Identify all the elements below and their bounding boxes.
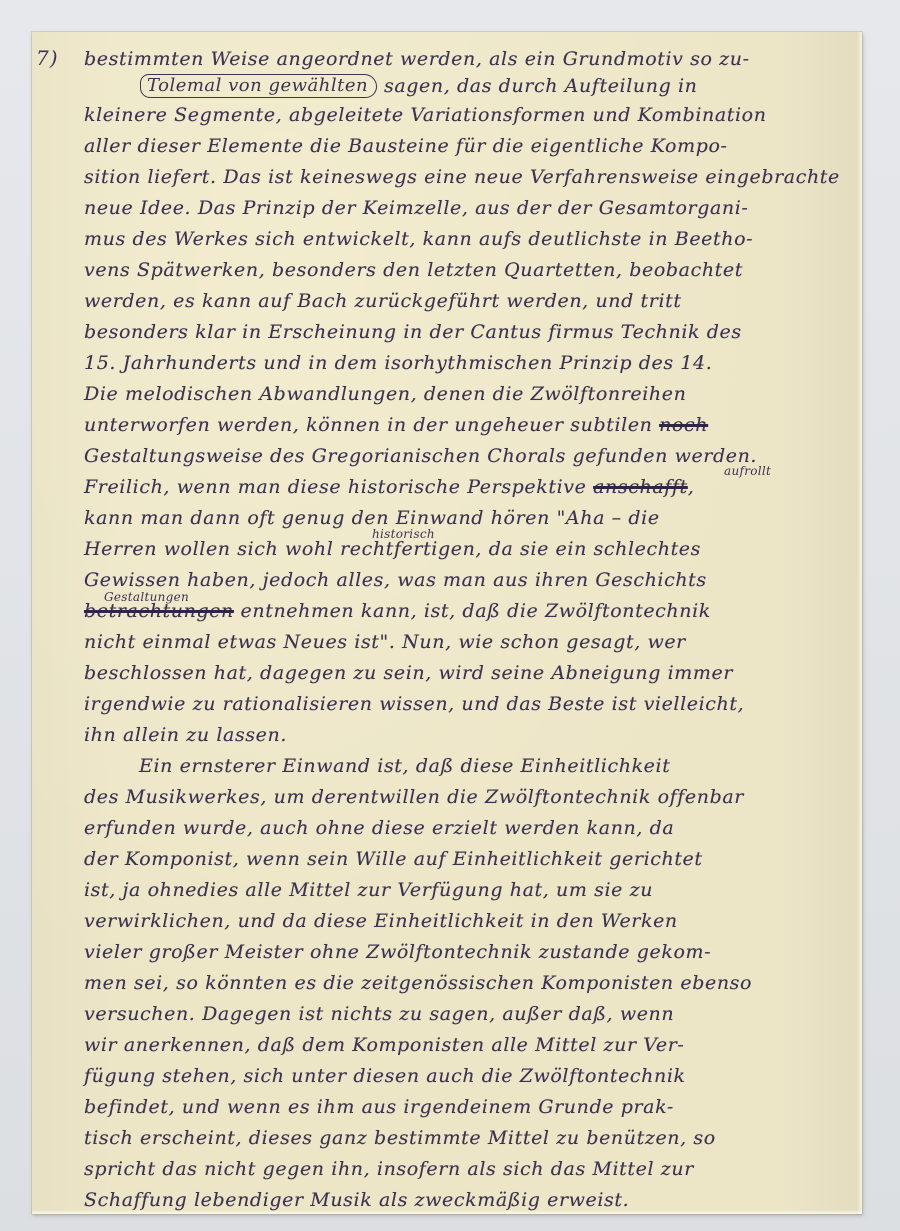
text-line-31-content: men sei, so könnten es die zeitgenössisc… xyxy=(84,972,752,994)
struck-word: anschafft xyxy=(593,476,688,498)
text-line-5-content: sition liefert. Das ist keineswegs eine … xyxy=(84,166,840,188)
text-line-2-content: sagen, das durch Aufteilung in xyxy=(384,75,698,97)
text-line-20: nicht einmal etwas Neues ist". Nun, wie … xyxy=(84,631,686,653)
text-line-29-content: verwirklichen, und da diese Einheitlichk… xyxy=(84,910,678,932)
text-line-3-content: kleinere Segmente, abgeleitete Variation… xyxy=(84,104,767,126)
text-line-17: Herren wollen sich wohl rechtfertigen, d… xyxy=(84,538,701,560)
text-line-12-content: Die melodischen Abwandlungen, denen die … xyxy=(84,383,686,405)
comma: , xyxy=(688,476,695,498)
text-line-36-content: tisch erscheint, dieses ganz bestimmte M… xyxy=(84,1127,716,1149)
text-line-35: befindet, und wenn es ihm aus irgendeine… xyxy=(84,1096,674,1118)
text-line-4-content: aller dieser Elemente die Bausteine für … xyxy=(84,135,728,157)
text-line-37-content: spricht das nicht gegen ihn, insofern al… xyxy=(84,1158,694,1180)
page-number: 7) xyxy=(36,46,59,70)
text-line-22: irgendwie zu rationalisieren wissen, und… xyxy=(84,693,744,715)
text-line-4: aller dieser Elemente die Bausteine für … xyxy=(84,135,728,157)
text-line-21: beschlossen hat, dagegen zu sein, wird s… xyxy=(84,662,733,684)
text-line-29: verwirklichen, und da diese Einheitlichk… xyxy=(84,910,678,932)
text-line-22-content: irgendwie zu rationalisieren wissen, und… xyxy=(84,693,744,715)
text-line-18-content: Gewissen haben, jedoch alles, was man au… xyxy=(84,569,707,591)
text-line-9: werden, es kann auf Bach zurückgeführt w… xyxy=(84,290,682,312)
text-line-25: des Musikwerkes, um derentwillen die Zwö… xyxy=(84,786,744,808)
text-line-10: besonders klar in Erscheinung in der Can… xyxy=(84,321,742,343)
text-line-9-content: werden, es kann auf Bach zurückgeführt w… xyxy=(84,290,682,312)
text-line-16-content: kann man dann oft genug den Einwand höre… xyxy=(84,507,660,529)
text-line-16: kann man dann oft genug den Einwand höre… xyxy=(84,507,660,529)
text-line-13-content: unterworfen werden, können in der ungehe… xyxy=(84,414,659,436)
text-line-21-content: beschlossen hat, dagegen zu sein, wird s… xyxy=(84,662,733,684)
paper-edge-right xyxy=(857,32,862,1214)
text-line-1: bestimmten Weise angeordnet werden, als … xyxy=(84,48,750,70)
text-line-5: sition liefert. Das ist keineswegs eine … xyxy=(84,166,840,188)
text-line-35-content: befindet, und wenn es ihm aus irgendeine… xyxy=(84,1096,674,1118)
text-line-14: Gestaltungsweise des Gregorianischen Cho… xyxy=(84,445,757,467)
text-line-15-content: Freilich, wenn man diese historische Per… xyxy=(84,476,593,498)
struck-word: betrachtungen xyxy=(84,600,234,622)
text-line-28: ist, ja ohnedies alle Mittel zur Verfügu… xyxy=(84,879,653,901)
text-line-24-content: Ein ernsterer Einwand ist, daß diese Ein… xyxy=(139,755,670,777)
text-line-7-content: mus des Werkes sich entwickelt, kann auf… xyxy=(84,228,753,250)
text-line-32-content: versuchen. Dagegen ist nichts zu sagen, … xyxy=(84,1003,674,1025)
text-line-11-content: 15. Jahrhunderts und in dem isorhythmisc… xyxy=(84,352,712,374)
text-line-33-content: wir anerkennen, daß dem Komponisten alle… xyxy=(84,1034,684,1056)
text-line-19: betrachtungen entnehmen kann, ist, daß d… xyxy=(84,600,711,622)
text-line-36: tisch erscheint, dieses ganz bestimmte M… xyxy=(84,1127,716,1149)
text-line-14-content: Gestaltungsweise des Gregorianischen Cho… xyxy=(84,445,757,467)
text-line-34: fügung stehen, sich unter diesen auch di… xyxy=(84,1065,686,1087)
text-line-3: kleinere Segmente, abgeleitete Variation… xyxy=(84,104,767,126)
text-line-18: Gewissen haben, jedoch alles, was man au… xyxy=(84,569,707,591)
manuscript-page: 7) bestimmten Weise angeordnet werden, a… xyxy=(32,32,862,1214)
text-line-26: erfunden wurde, auch ohne diese erzielt … xyxy=(84,817,674,839)
text-line-19-content: entnehmen kann, ist, daß die Zwölftontec… xyxy=(234,600,711,622)
text-line-30-content: vieler großer Meister ohne Zwölftontechn… xyxy=(84,941,711,963)
text-line-24: Ein ernsterer Einwand ist, daß diese Ein… xyxy=(139,755,670,777)
text-line-17-content: Herren wollen sich wohl rechtfertigen, d… xyxy=(84,538,701,560)
text-line-6: neue Idee. Das Prinzip der Keimzelle, au… xyxy=(84,197,748,219)
text-line-37: spricht das nicht gegen ihn, insofern al… xyxy=(84,1158,694,1180)
insertion-above-line: aufrollt xyxy=(724,464,771,478)
text-line-27: der Komponist, wenn sein Wille auf Einhe… xyxy=(84,848,703,870)
text-line-23-content: ihn allein zu lassen. xyxy=(84,724,287,746)
text-line-38-content: Schaffung lebendiger Musik als zweckmäßi… xyxy=(84,1189,629,1211)
struck-word: noch xyxy=(659,414,708,436)
text-line-27-content: der Komponist, wenn sein Wille auf Einhe… xyxy=(84,848,703,870)
text-line-30: vieler großer Meister ohne Zwölftontechn… xyxy=(84,941,711,963)
text-line-33: wir anerkennen, daß dem Komponisten alle… xyxy=(84,1034,684,1056)
text-line-34-content: fügung stehen, sich unter diesen auch di… xyxy=(84,1065,686,1087)
text-line-28-content: ist, ja ohnedies alle Mittel zur Verfügu… xyxy=(84,879,653,901)
text-line-8-content: vens Spätwerken, besonders den letzten Q… xyxy=(84,259,743,281)
text-line-31: men sei, so könnten es die zeitgenössisc… xyxy=(84,972,752,994)
text-line-13: unterworfen werden, können in der ungehe… xyxy=(84,414,708,436)
text-line-23: ihn allein zu lassen. xyxy=(84,724,287,746)
text-line-7: mus des Werkes sich entwickelt, kann auf… xyxy=(84,228,753,250)
text-line-6-content: neue Idee. Das Prinzip der Keimzelle, au… xyxy=(84,197,748,219)
text-line-10-content: besonders klar in Erscheinung in der Can… xyxy=(84,321,742,343)
circled-phrase: Tolemal von gewählten xyxy=(140,74,377,98)
text-line-11: 15. Jahrhunderts und in dem isorhythmisc… xyxy=(84,352,712,374)
text-line-8: vens Spätwerken, besonders den letzten Q… xyxy=(84,259,743,281)
text-line-32: versuchen. Dagegen ist nichts zu sagen, … xyxy=(84,1003,674,1025)
text-line-25-content: des Musikwerkes, um derentwillen die Zwö… xyxy=(84,786,744,808)
text-line-1-content: bestimmten Weise angeordnet werden, als … xyxy=(84,48,750,70)
text-line-26-content: erfunden wurde, auch ohne diese erzielt … xyxy=(84,817,674,839)
text-line-20-content: nicht einmal etwas Neues ist". Nun, wie … xyxy=(84,631,686,653)
text-line-38: Schaffung lebendiger Musik als zweckmäßi… xyxy=(84,1189,629,1211)
text-line-12: Die melodischen Abwandlungen, denen die … xyxy=(84,383,686,405)
text-line-15: Freilich, wenn man diese historische Per… xyxy=(84,476,694,498)
text-line-2: sagen, das durch Aufteilung in xyxy=(384,75,698,97)
